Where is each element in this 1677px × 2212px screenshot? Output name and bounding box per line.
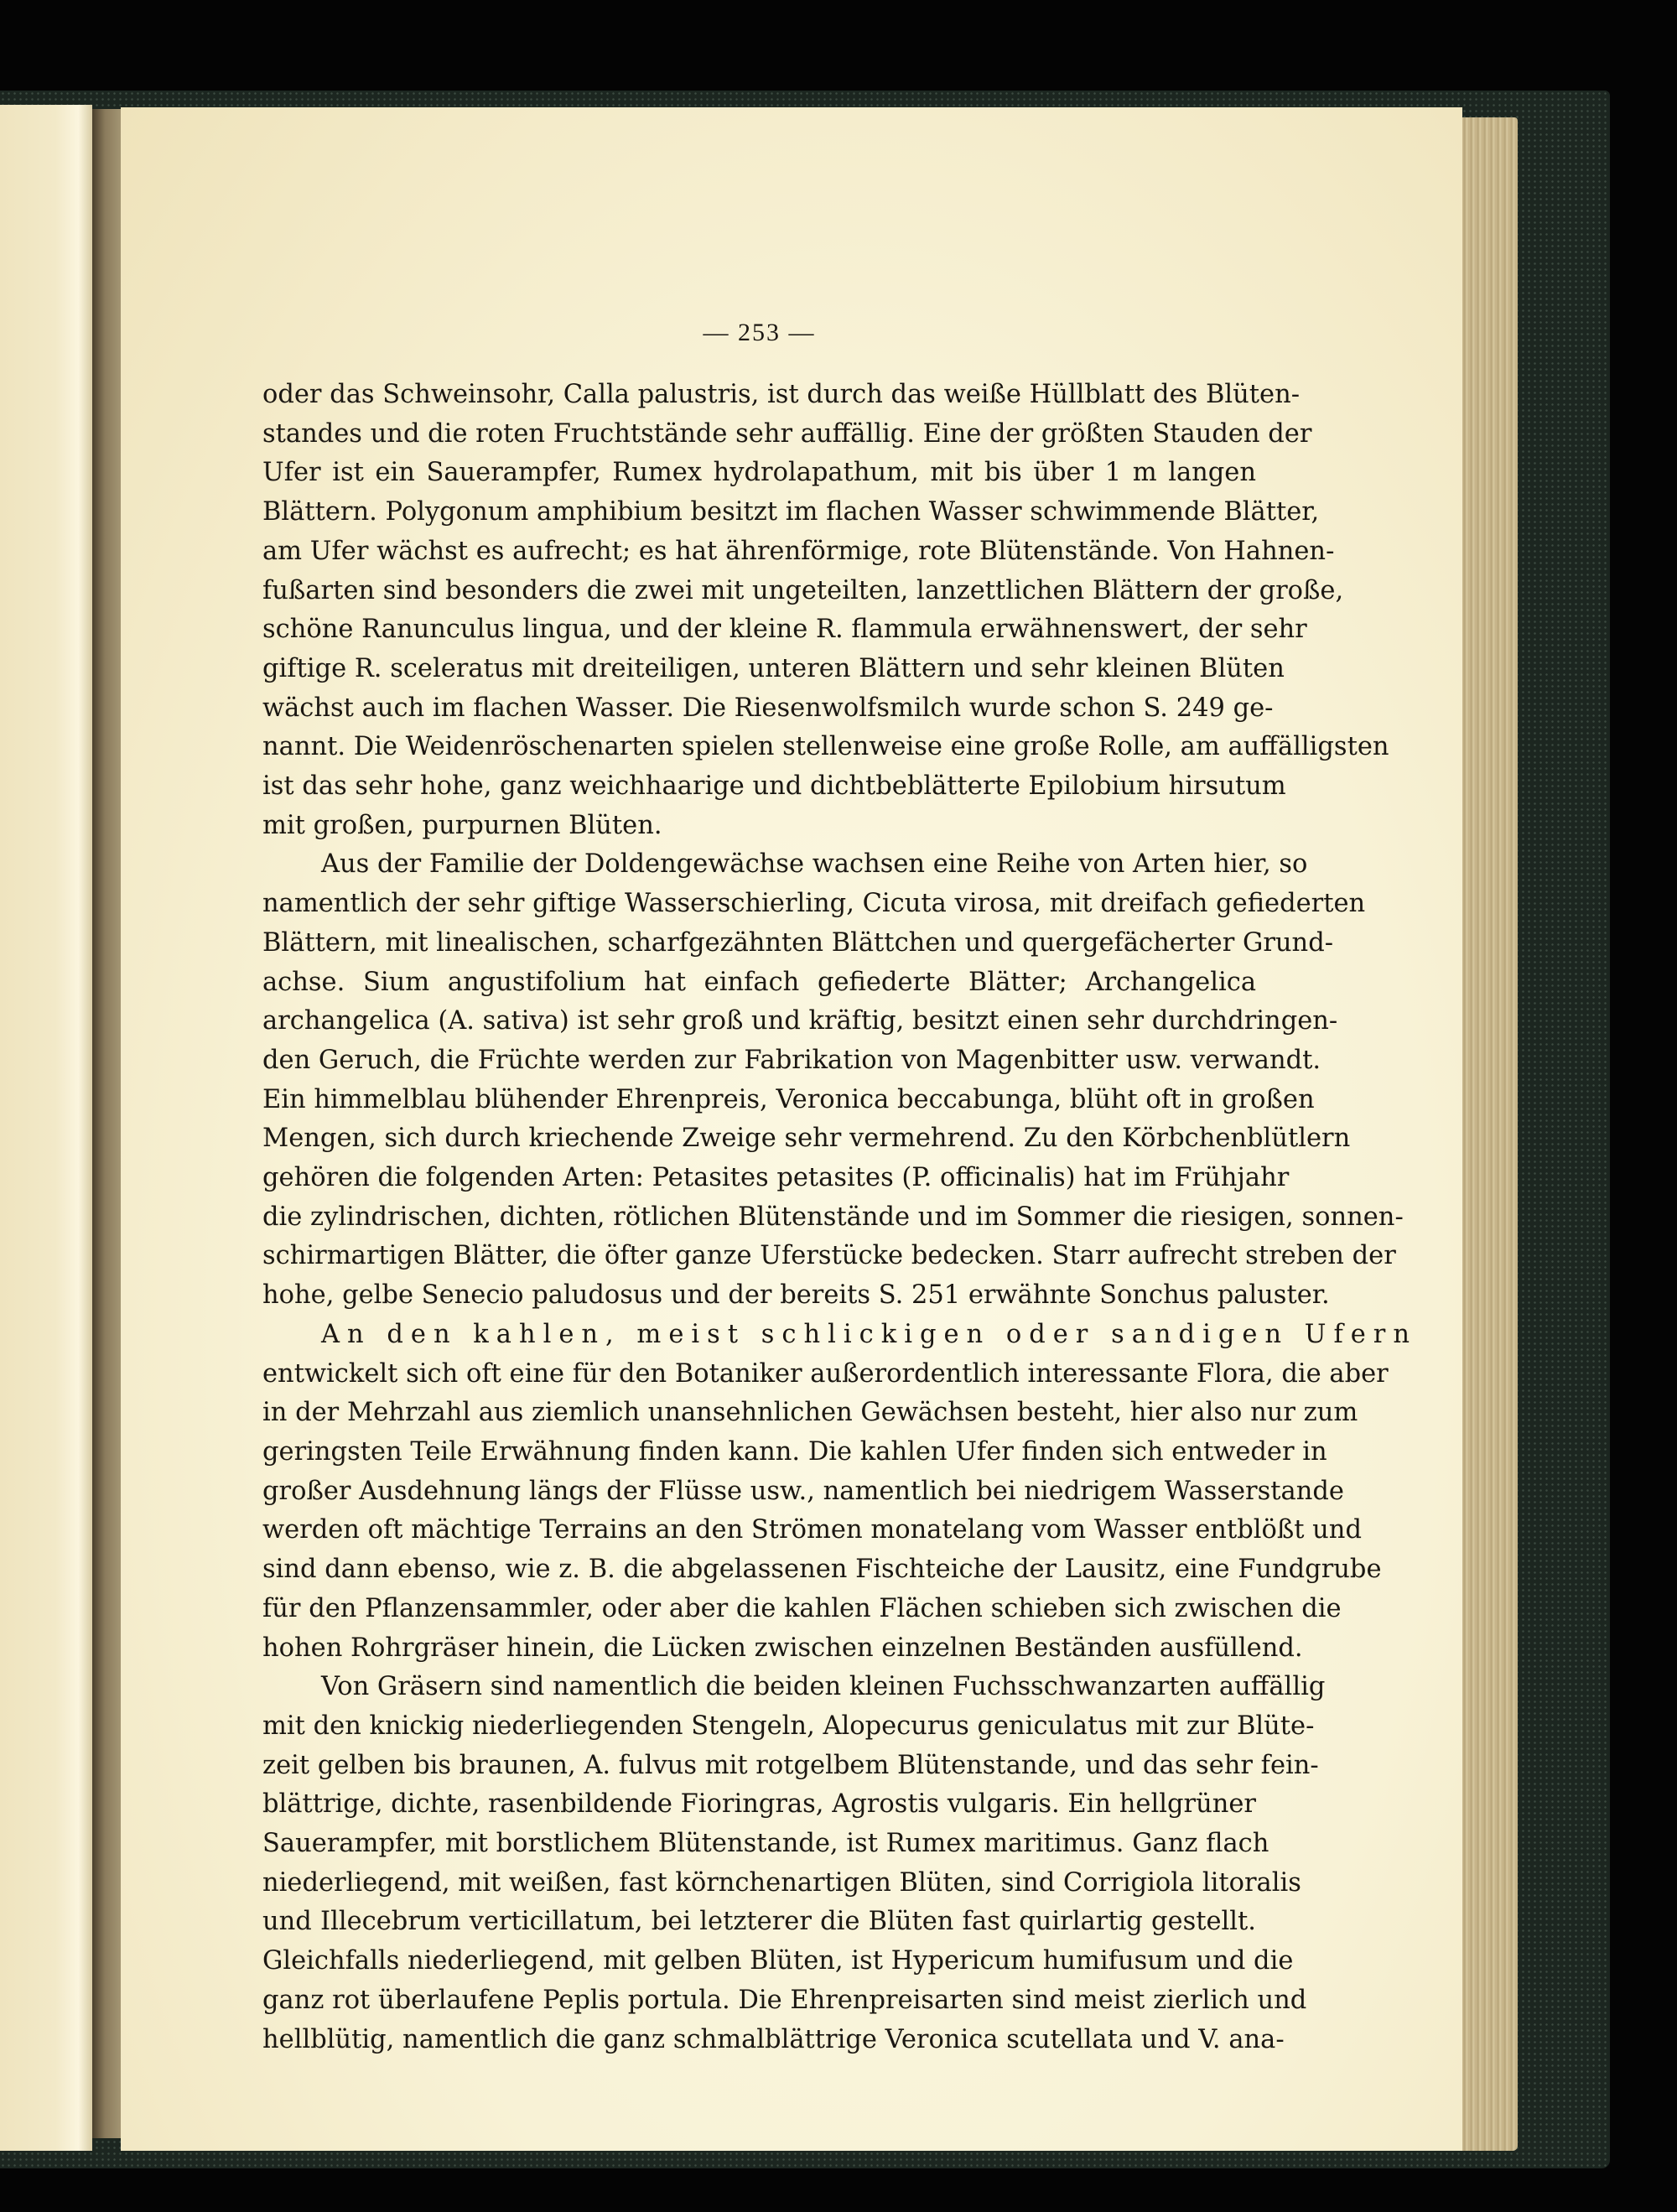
text-line: zeit gelben bis braunen, A. fulvus mit r… <box>262 1747 1256 1786</box>
text-line: Ein himmelblau blühender Ehrenpreis, Ver… <box>262 1081 1256 1120</box>
text-line: ist das sehr hohe, ganz weichhaarige und… <box>262 767 1256 807</box>
text-line: nannt. Die Weidenröschenarten spielen st… <box>262 728 1256 767</box>
page-number: — 253 — <box>262 319 1256 347</box>
text-line: wächst auch im flachen Wasser. Die Riese… <box>262 689 1256 729</box>
paragraph-3: An den kahlen, meist schlickigen oder sa… <box>262 1316 1256 1668</box>
text-line: archangelica (A. sativa) ist sehr groß u… <box>262 1002 1256 1041</box>
text-line: ganz rot überlaufene Peplis portula. Die… <box>262 1981 1256 2021</box>
book-gutter <box>92 109 121 2138</box>
text-line: großer Ausdehnung längs der Flüsse usw.,… <box>262 1472 1256 1512</box>
text-line: namentlich der sehr giftige Wasserschier… <box>262 885 1256 924</box>
text-line: in der Mehrzahl aus ziemlich unansehnlic… <box>262 1394 1256 1433</box>
paragraph-1: oder das Schweinsohr, Calla palustris, i… <box>262 376 1256 845</box>
text-line: hohen Rohrgräser hinein, die Lücken zwis… <box>262 1629 1256 1669</box>
text-line: Sauerampfer, mit borstlichem Blütenstand… <box>262 1825 1256 1864</box>
text-line: Ufer ist ein Sauerampfer, Rumex hydrolap… <box>262 454 1256 493</box>
page-text-block: — 253 — oder das Schweinsohr, Calla palu… <box>262 319 1256 2059</box>
text-line: und Illecebrum verticillatum, bei letzte… <box>262 1903 1256 1942</box>
text-line: schirmartigen Blätter, die öfter ganze U… <box>262 1237 1256 1276</box>
text-line: standes und die roten Fruchtstände sehr … <box>262 415 1256 454</box>
text-line: gehören die folgenden Arten: Petasites p… <box>262 1159 1256 1198</box>
text-line: für den Pflanzensammler, oder aber die k… <box>262 1590 1256 1629</box>
text-line: fußarten sind besonders die zwei mit ung… <box>262 572 1256 611</box>
paragraph-4: Von Gräsern sind namentlich die beiden k… <box>262 1668 1256 2059</box>
text-line: hellblütig, namentlich die ganz schmalbl… <box>262 2021 1256 2060</box>
text-line: am Ufer wächst es aufrecht; es hat ähren… <box>262 532 1256 572</box>
text-line: schöne Ranunculus lingua, und der kleine… <box>262 610 1256 650</box>
text-line: Gleichfalls niederliegend, mit gelben Bl… <box>262 1942 1256 1981</box>
left-page-edge <box>0 105 92 2151</box>
text-line: den Geruch, die Früchte werden zur Fabri… <box>262 1041 1256 1081</box>
text-line: giftige R. sceleratus mit dreiteiligen, … <box>262 650 1256 689</box>
text-line: blättrige, dichte, rasenbildende Fioring… <box>262 1785 1256 1825</box>
text-line: Blättern. Polygonum amphibium besitzt im… <box>262 493 1256 532</box>
text-line: hohe, gelbe Senecio paludosus und der be… <box>262 1276 1256 1316</box>
text-line: Blättern, mit linealischen, scharfgezähn… <box>262 924 1256 963</box>
text-line: sind dann ebenso, wie z. B. die abgelass… <box>262 1550 1256 1590</box>
text-line: entwickelt sich oft eine für den Botanik… <box>262 1355 1256 1394</box>
text-line: achse. Sium angustifolium hat einfach ge… <box>262 963 1256 1003</box>
text-line: geringsten Teile Erwähnung finden kann. … <box>262 1433 1256 1472</box>
text-line: Mengen, sich durch kriechende Zweige seh… <box>262 1119 1256 1159</box>
paragraph-2: Aus der Familie der Doldengewächse wachs… <box>262 845 1256 1315</box>
text-line: mit großen, purpurnen Blüten. <box>262 807 1256 846</box>
text-line: oder das Schweinsohr, Calla palustris, i… <box>262 376 1256 415</box>
text-line: niederliegend, mit weißen, fast körnchen… <box>262 1864 1256 1903</box>
text-line: mit den knickig niederliegenden Stengeln… <box>262 1707 1256 1747</box>
text-line: werden oft mächtige Terrains an den Strö… <box>262 1511 1256 1550</box>
text-line: Von Gräsern sind namentlich die beiden k… <box>262 1668 1256 1707</box>
spaced-lead-line: An den kahlen, meist schlickigen oder sa… <box>262 1316 1256 1355</box>
text-line: Aus der Familie der Doldengewächse wachs… <box>262 845 1256 885</box>
text-line: die zylindrischen, dichten, rötlichen Bl… <box>262 1198 1256 1238</box>
page-edge-stack <box>1462 117 1518 2151</box>
